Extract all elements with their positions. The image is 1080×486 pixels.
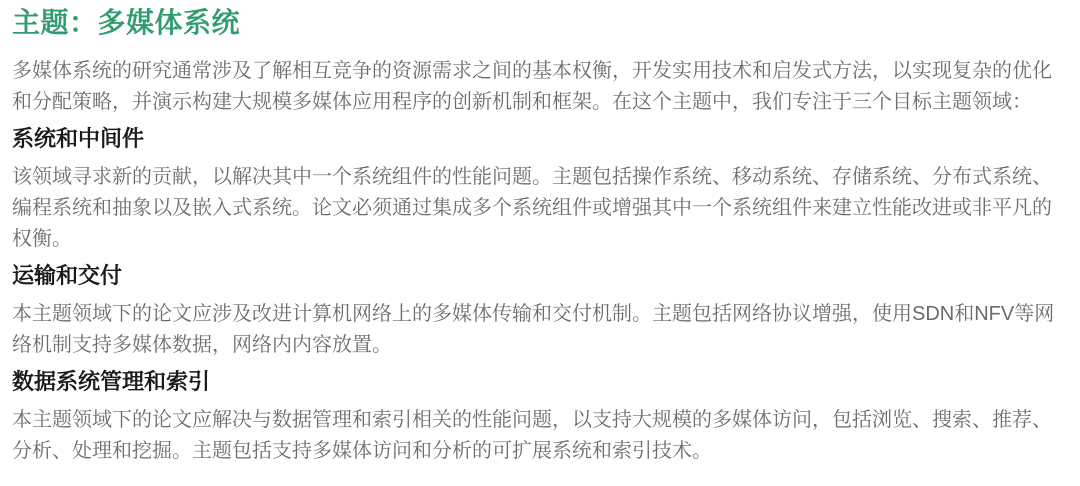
section-body-data-systems-management-indexing: 本主题领域下的论文应解决与数据管理和索引相关的性能问题，以支持大规模的多媒体访问… bbox=[12, 405, 1068, 467]
section-transport-and-delivery: 运输和交付 本主题领域下的论文应涉及改进计算机网络上的多媒体传输和交付机制。主题… bbox=[12, 261, 1068, 361]
section-data-systems-management-indexing: 数据系统管理和索引 本主题领域下的论文应解决与数据管理和索引相关的性能问题，以支… bbox=[12, 367, 1068, 467]
intro-paragraph: 多媒体系统的研究通常涉及了解相互竞争的资源需求之间的基本权衡，开发实用技术和启发… bbox=[12, 56, 1068, 118]
section-body-transport-and-delivery: 本主题领域下的论文应涉及改进计算机网络上的多媒体传输和交付机制。主题包括网络协议… bbox=[12, 299, 1068, 361]
section-heading-data-systems-management-indexing: 数据系统管理和索引 bbox=[12, 367, 1068, 396]
document-content: 主题：多媒体系统 多媒体系统的研究通常涉及了解相互竞争的资源需求之间的基本权衡，… bbox=[12, 5, 1068, 467]
section-heading-systems-and-middleware: 系统和中间件 bbox=[12, 124, 1068, 153]
page-title: 主题：多媒体系统 bbox=[12, 5, 1068, 41]
section-systems-and-middleware: 系统和中间件 该领域寻求新的贡献，以解决其中一个系统组件的性能问题。主题包括操作… bbox=[12, 124, 1068, 255]
section-body-systems-and-middleware: 该领域寻求新的贡献，以解决其中一个系统组件的性能问题。主题包括操作系统、移动系统… bbox=[12, 162, 1068, 255]
section-heading-transport-and-delivery: 运输和交付 bbox=[12, 261, 1068, 290]
